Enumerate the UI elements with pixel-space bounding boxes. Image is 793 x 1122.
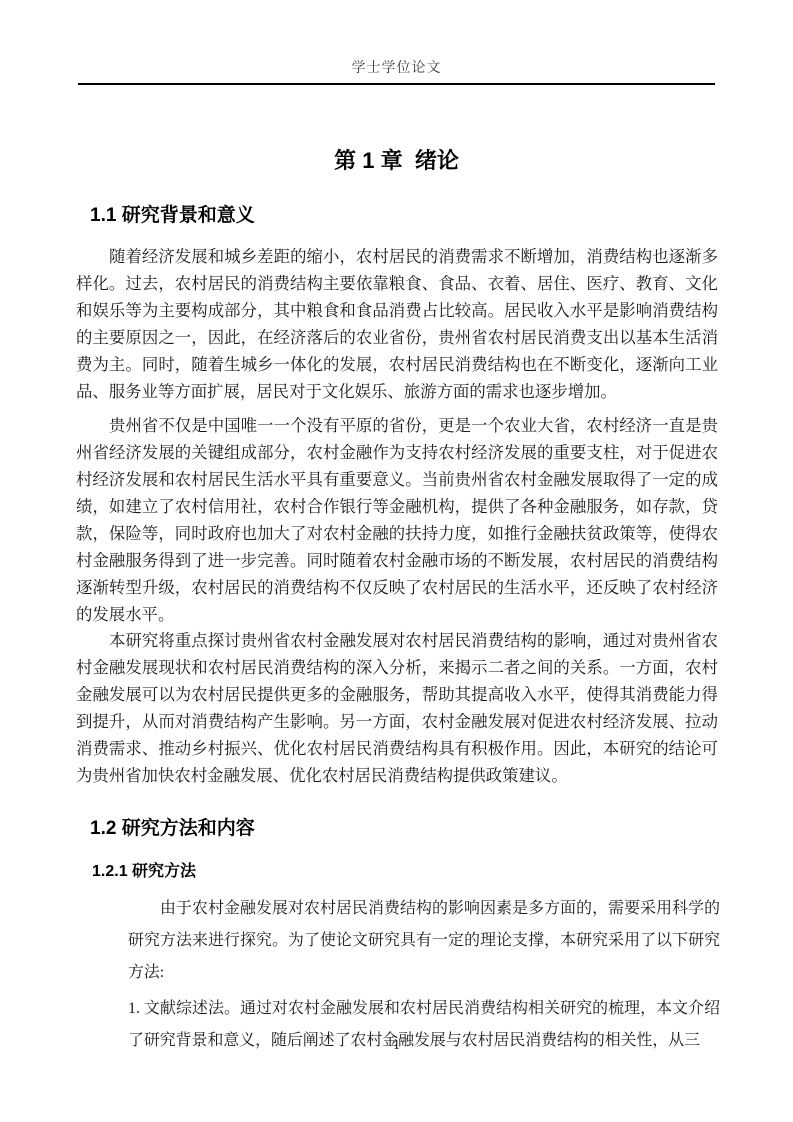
section-heading-1-1: 1.1 研究背景和意义 [76, 200, 718, 227]
chapter-title: 第 1 章 绪论 [0, 144, 793, 175]
running-header: 学士学位论文 [0, 57, 793, 77]
header-divider-line [78, 83, 715, 85]
subsection-heading-1-2-1: 1.2.1 研究方法 [76, 858, 718, 881]
paragraph-research-methods-intro: 由于农村金融发展对农村居民消费结构的影响因素是多方面的，需要采用科学的研究方法来… [128, 893, 720, 989]
page-number: 1 [0, 1038, 793, 1054]
subsection-1-2-1-body: 由于农村金融发展对农村居民消费结构的影响因素是多方面的，需要采用科学的研究方法来… [128, 893, 720, 1057]
section-heading-1-2: 1.2 研究方法和内容 [76, 813, 718, 840]
paragraph-background-3: 本研究将重点探讨贵州省农村金融发展对农村居民消费结构的影响，通过对贵州省农村金融… [76, 627, 718, 789]
paragraph-background-2: 贵州省不仅是中国唯一一个没有平原的省份，更是一个农业大省，农村经济一直是贵州省经… [76, 412, 718, 628]
thesis-page: 学士学位论文 第 1 章 绪论 1.1 研究背景和意义 随着经济发展和城乡差距的… [0, 0, 793, 1122]
paragraph-background-1: 随着经济发展和城乡差距的缩小，农村居民的消费需求不断增加，消费结构也逐渐多样化。… [76, 243, 718, 405]
